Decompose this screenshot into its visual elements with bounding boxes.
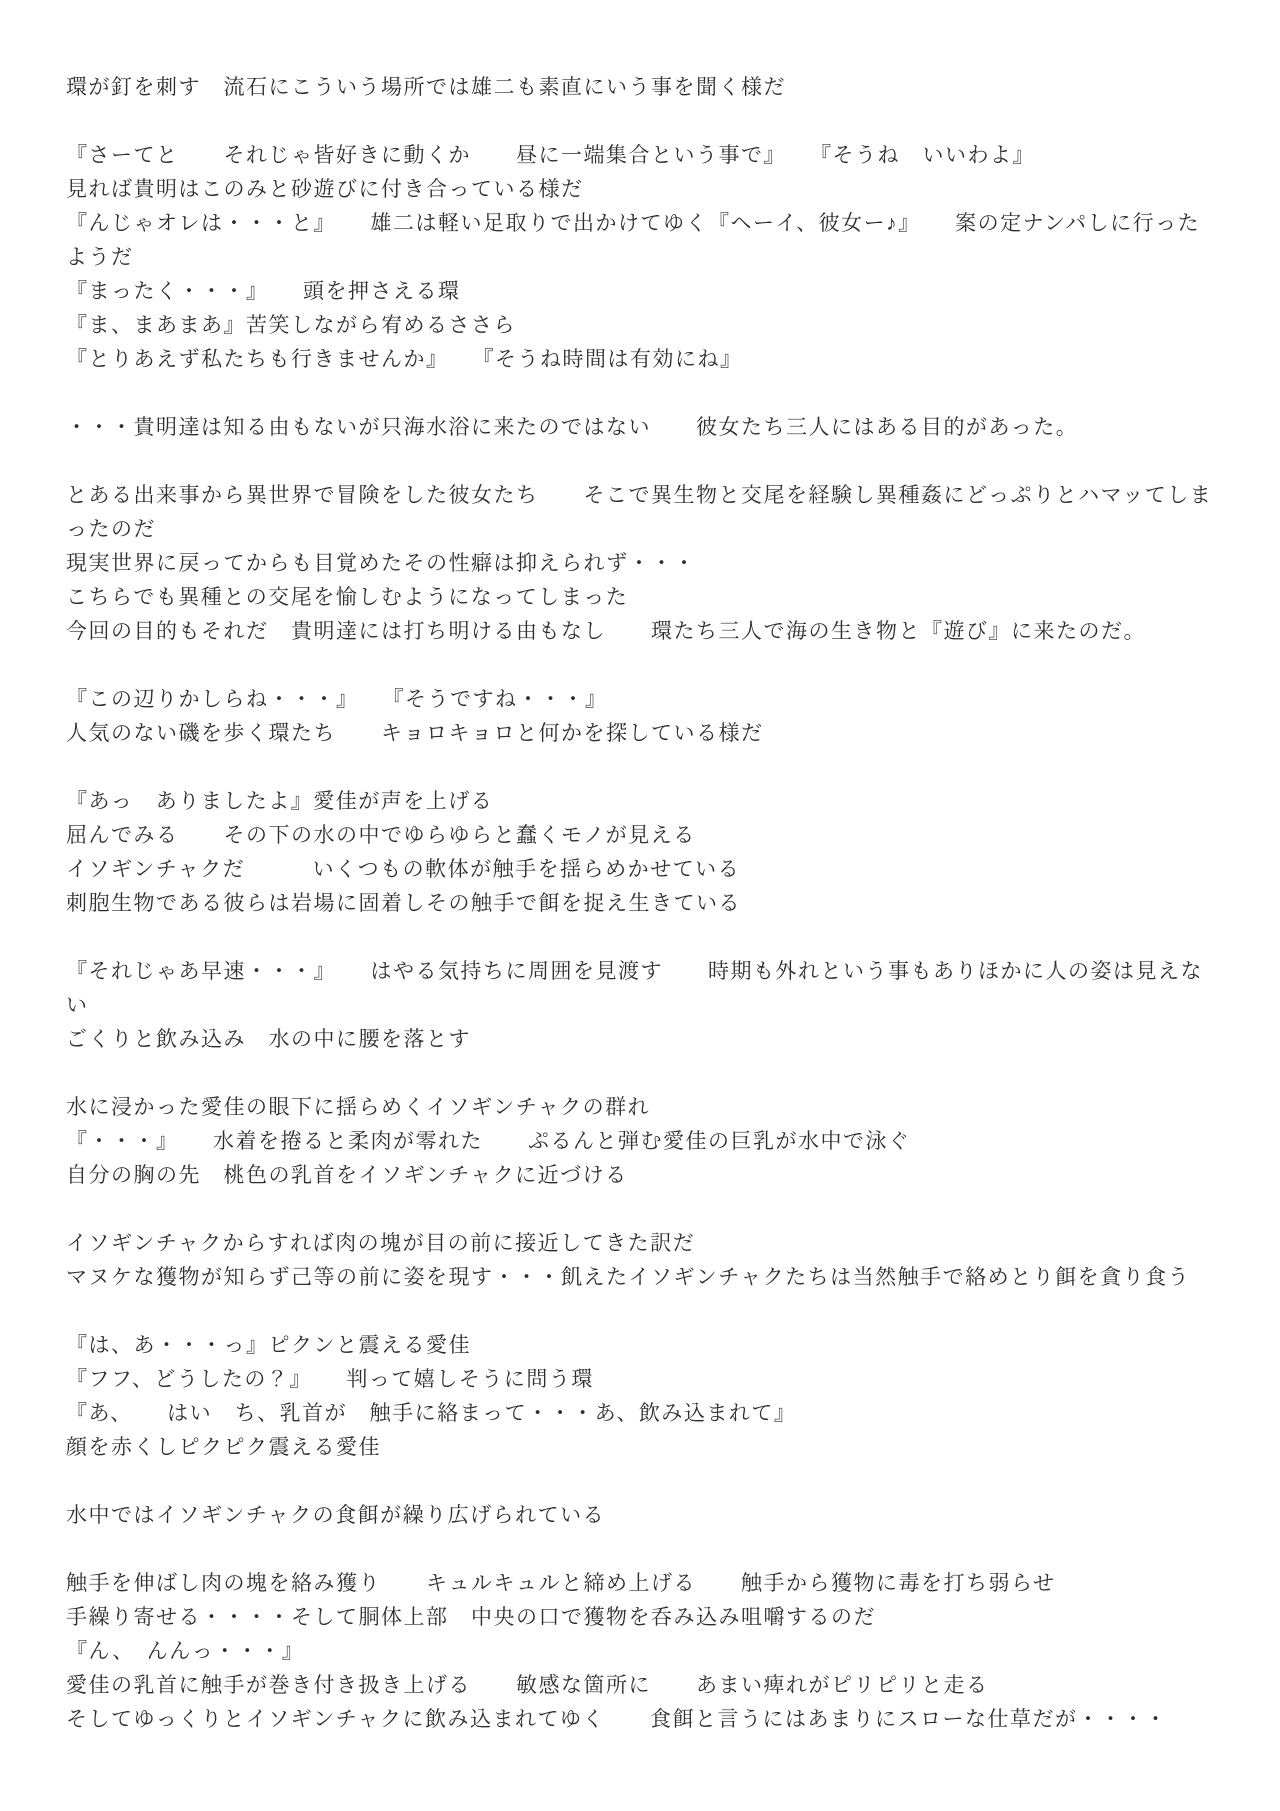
text-line: 『この辺りかしらね・・・』 『そうですね・・・』 [66, 682, 1220, 716]
text-line: 『フフ、どうしたの？』 判って嬉しそうに問う環 [66, 1362, 1220, 1396]
text-line: 今回の目的もそれだ 貴明達には打ち明ける由もなし 環たち三人で海の生き物と『遊び… [66, 614, 1220, 648]
text-line: 手繰り寄せる・・・・そして胴体上部 中央の口で獲物を呑み込み咀嚼するのだ [66, 1600, 1220, 1634]
text-line: 自分の胸の先 桃色の乳首をイソギンチャクに近づける [66, 1158, 1220, 1192]
text-line: こちらでも異種との交尾を愉しむようになってしまった [66, 580, 1220, 614]
text-line: とある出来事から異世界で冒険をした彼女たち そこで異生物と交尾を経験し異種姦にど… [66, 478, 1220, 546]
text-line: 愛佳の乳首に触手が巻き付き扱き上げる 敏感な箇所に あまい痺れがピリピリと走る [66, 1668, 1220, 1702]
text-line: 『まったく・・・』 頭を押さえる環 [66, 274, 1220, 308]
paragraph: 触手を伸ばし肉の塊を絡み獲り キュルキュルと締め上げる 触手から獲物に毒を打ち弱… [66, 1566, 1220, 1736]
text-line: 現実世界に戻ってからも目覚めたその性癖は抑えられず・・・ [66, 546, 1220, 580]
text-line: 水に浸かった愛佳の眼下に揺らめくイソギンチャクの群れ [66, 1090, 1220, 1124]
paragraph: とある出来事から異世界で冒険をした彼女たち そこで異生物と交尾を経験し異種姦にど… [66, 478, 1220, 648]
text-line: 『ま、まあまあ』苦笑しながら宥めるささら [66, 308, 1220, 342]
text-line: 屈んでみる その下の水の中でゆらゆらと蠢くモノが見える [66, 818, 1220, 852]
paragraph: 『それじゃあ早速・・・』 はやる気持ちに周囲を見渡す 時期も外れという事もありほ… [66, 954, 1220, 1056]
text-line: 『それじゃあ早速・・・』 はやる気持ちに周囲を見渡す 時期も外れという事もありほ… [66, 954, 1220, 1022]
text-line: 『とりあえず私たちも行きませんか』 『そうね時間は有効にね』 [66, 342, 1220, 376]
paragraph: 『あっ ありましたよ』愛佳が声を上げる 屈んでみる その下の水の中でゆらゆらと蠢… [66, 784, 1220, 920]
paragraph: 水中ではイソギンチャクの食餌が繰り広げられている [66, 1498, 1220, 1532]
text-line: 『は、あ・・・っ』ピクンと震える愛佳 [66, 1328, 1220, 1362]
paragraph: イソギンチャクからすれば肉の塊が目の前に接近してきた訳だ マヌケな獲物が知らず己… [66, 1226, 1220, 1294]
text-line: 顔を赤くしピクピク震える愛佳 [66, 1430, 1220, 1464]
text-line: 『あ、 はい ち、乳首が 触手に絡まって・・・あ、飲み込まれて』 [66, 1396, 1220, 1430]
text-line: マヌケな獲物が知らず己等の前に姿を現す・・・飢えたイソギンチャクたちは当然触手で… [66, 1260, 1220, 1294]
text-line: 刺胞生物である彼らは岩場に固着しその触手で餌を捉え生きている [66, 886, 1220, 920]
text-line: 『・・・』 水着を捲ると柔肉が零れた ぷるんと弾む愛佳の巨乳が水中で泳ぐ [66, 1124, 1220, 1158]
text-line: 環が釘を刺す 流石にこういう場所では雄二も素直にいう事を聞く様だ [66, 75, 786, 99]
text-line: 人気のない磯を歩く環たち キョロキョロと何かを探している様だ [66, 716, 1220, 750]
text-line: 『あっ ありましたよ』愛佳が声を上げる [66, 784, 1220, 818]
paragraph: 水に浸かった愛佳の眼下に揺らめくイソギンチャクの群れ 『・・・』 水着を捲ると柔… [66, 1090, 1220, 1192]
text-line: 水中ではイソギンチャクの食餌が繰り広げられている [66, 1498, 1220, 1532]
document-page: 環が釘を刺す 流石にこういう場所では雄二も素直にいう事を聞く様だ 『さーてと そ… [0, 0, 1280, 1811]
paragraph: 環が釘を刺す 流石にこういう場所では雄二も素直にいう事を聞く様だ [66, 70, 1220, 104]
paragraph: ・・・貴明達は知る由もないが只海水浴に来たのではない 彼女たち三人にはある目的が… [66, 410, 1220, 444]
text-line: 『さーてと それじゃ皆好きに動くか 昼に一端集合という事で』 『そうね いいわよ… [66, 138, 1220, 172]
paragraph: 『は、あ・・・っ』ピクンと震える愛佳 『フフ、どうしたの？』 判って嬉しそうに問… [66, 1328, 1220, 1464]
text-line: 見れば貴明はこのみと砂遊びに付き合っている様だ [66, 172, 1220, 206]
text-line: 『ん、 んんっ・・・』 [66, 1634, 1220, 1668]
text-line: ごくりと飲み込み 水の中に腰を落とす [66, 1022, 1220, 1056]
text-line: ・・・貴明達は知る由もないが只海水浴に来たのではない 彼女たち三人にはある目的が… [66, 410, 1220, 444]
text-line: 触手を伸ばし肉の塊を絡み獲り キュルキュルと締め上げる 触手から獲物に毒を打ち弱… [66, 1566, 1220, 1600]
paragraph: 『この辺りかしらね・・・』 『そうですね・・・』 人気のない磯を歩く環たち キョ… [66, 682, 1220, 750]
text-line: イソギンチャクからすれば肉の塊が目の前に接近してきた訳だ [66, 1226, 1220, 1260]
text-line: 『んじゃオレは・・・と』 雄二は軽い足取りで出かけてゆく『ヘーイ、彼女ー♪』 案… [66, 206, 1220, 274]
paragraph: 『さーてと それじゃ皆好きに動くか 昼に一端集合という事で』 『そうね いいわよ… [66, 138, 1220, 376]
text-line: そしてゆっくりとイソギンチャクに飲み込まれてゆく 食餌と言うにはあまりにスローな… [66, 1702, 1220, 1736]
text-line: イソギンチャクだ いくつもの軟体が触手を揺らめかせている [66, 852, 1220, 886]
